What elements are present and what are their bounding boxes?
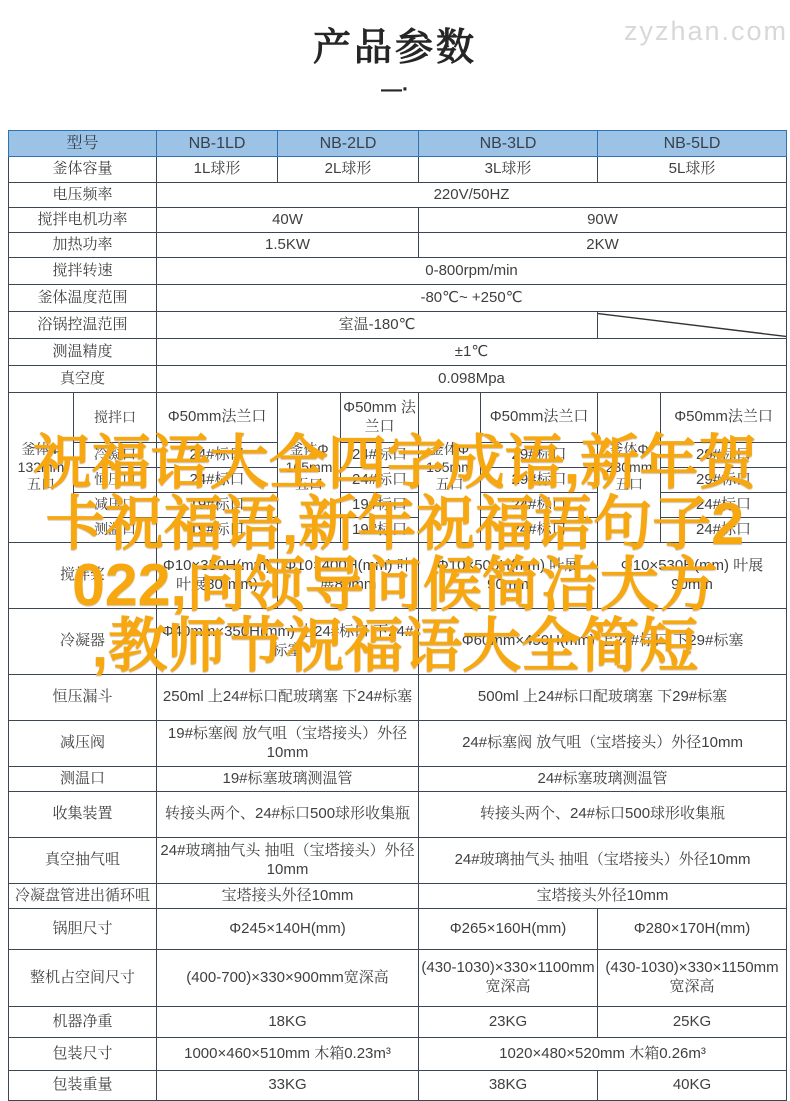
port-label-condenser: 冷凝口	[74, 443, 157, 468]
cell-vacuum-port-m4: 24#标口	[661, 493, 787, 518]
table-row: 真空抽气咀 24#玻璃抽气头 抽咀（宝塔接头）外径10mm 24#玻璃抽气头 抽…	[9, 838, 787, 884]
cell-condenser-right: Φ60mm×450H(mm) 上24#标口 下29#标塞	[419, 609, 787, 675]
table-row: 冷凝盘管进出循环咀 宝塔接头外径10mm 宝塔接头外径10mm	[9, 884, 787, 909]
table-row: 收集装置 转接头两个、24#标口500球形收集瓶 转接头两个、24#标口500球…	[9, 792, 787, 838]
model-nb1ld: NB-1LD	[157, 131, 278, 157]
row-label-pressure-funnel: 恒压漏斗	[9, 675, 157, 721]
cell-kettle-temp-range: -80℃~ +250℃	[157, 285, 787, 312]
table-row: 测温精度 ±1℃	[9, 339, 787, 366]
cell-stir-port-m4: Φ50mm法兰口	[661, 393, 787, 443]
kettle-spec-nb5ld: 釜体Φ 230mm 五口	[598, 393, 661, 543]
table-row: 减压阀 19#标塞阀 放气咀（宝塔接头）外径10mm 24#标塞阀 放气咀（宝塔…	[9, 721, 787, 767]
row-label-stir-paddle: 搅拌桨	[9, 543, 157, 609]
row-label-coil-nozzle: 冷凝盘管进出循环咀	[9, 884, 157, 909]
row-label-collector: 收集装置	[9, 792, 157, 838]
kettle-port-count: 五口	[421, 476, 478, 494]
cell-net-weight-v1: 18KG	[157, 1007, 419, 1038]
cell-pressure-port-m4: 29#标口	[661, 468, 787, 493]
kettle-dia-value: 165mm	[280, 459, 338, 477]
cell-motor-power-left: 40W	[157, 208, 419, 233]
row-label-motor-power: 搅拌电机功率	[9, 208, 157, 233]
table-row: 冷凝口 24#标口 24#标口 29#标口 29#标口	[9, 443, 787, 468]
row-label-temp-accuracy: 测温精度	[9, 339, 157, 366]
table-row: 机器净重 18KG 23KG 25KG	[9, 1007, 787, 1038]
cell-package-weight-v1: 33KG	[157, 1071, 419, 1101]
table-row: 搅拌转速 0-800rpm/min	[9, 258, 787, 285]
table-row: 加热功率 1.5KW 2KW	[9, 233, 787, 258]
cell-capacity-m2: 2L球形	[278, 157, 419, 183]
site-watermark: zyzhan.com	[624, 16, 788, 47]
table-row: 整机占空间尺寸 (400-700)×330×900mm宽深高 (430-1030…	[9, 950, 787, 1007]
cell-stir-port-m2: Φ50mm 法兰口	[341, 393, 419, 443]
cell-condenser-port-m3: 29#标口	[481, 443, 598, 468]
cell-package-size-right: 1020×480×520mm 木箱0.26m³	[419, 1038, 787, 1071]
cell-heating-power-right: 2KW	[419, 233, 787, 258]
cell-thermo-port-m3: 24#标口	[481, 518, 598, 543]
cell-thermo-port-m1: 19#标口	[157, 518, 278, 543]
table-row: 真空度 0.098Mpa	[9, 366, 787, 393]
row-label-bath-temp-range: 浴锅控温范围	[9, 312, 157, 339]
row-label-vacuum-degree: 真空度	[9, 366, 157, 393]
cell-thermo-port-left: 19#标塞玻璃测温管	[157, 767, 419, 792]
cell-pot-size-v2: Φ265×160H(mm)	[419, 909, 598, 950]
cell-heating-power-left: 1.5KW	[157, 233, 419, 258]
port-label-vacuum: 减压口	[74, 493, 157, 518]
cell-pot-size-v3: Φ280×170H(mm)	[598, 909, 787, 950]
cell-pot-size-v1: Φ245×140H(mm)	[157, 909, 419, 950]
table-row: 测温口 19#标塞玻璃测温管 24#标塞玻璃测温管	[9, 767, 787, 792]
table-row: 锅胆尺寸 Φ245×140H(mm) Φ265×160H(mm) Φ280×17…	[9, 909, 787, 950]
cell-relief-valve-left: 19#标塞阀 放气咀（宝塔接头）外径10mm	[157, 721, 419, 767]
table-row: 型号 NB-1LD NB-2LD NB-3LD NB-5LD	[9, 131, 787, 157]
cell-capacity-m1: 1L球形	[157, 157, 278, 183]
cell-condenser-left: Φ40mm×350H(mm) 上24#标口 下24#标塞	[157, 609, 419, 675]
table-row: 釜体容量 1L球形 2L球形 3L球形 5L球形	[9, 157, 787, 183]
model-nb3ld: NB-3LD	[419, 131, 598, 157]
kettle-dia-value: 195mm	[421, 459, 478, 477]
table-row: 釜体Φ 132mm 五口 搅拌口 Φ50mm法兰口 釜体Φ 165mm 五口 Φ…	[9, 393, 787, 443]
cell-stir-paddle-m4: Φ10×530H(mm) 叶展90mm	[598, 543, 787, 609]
kettle-dia-label: 釜体Φ	[421, 441, 478, 459]
cell-pressure-port-m1: 24#标口	[157, 468, 278, 493]
kettle-dia-value: 132mm	[11, 459, 71, 477]
cell-stir-speed: 0-800rpm/min	[157, 258, 787, 285]
cell-capacity-m3: 3L球形	[419, 157, 598, 183]
cell-pressure-port-m2: 24#标口	[341, 468, 419, 493]
kettle-dia-label: 釜体Φ	[280, 441, 338, 459]
row-label-thermo-port: 测温口	[9, 767, 157, 792]
cell-stir-port-m3: Φ50mm法兰口	[481, 393, 598, 443]
cell-vacuum-degree: 0.098Mpa	[157, 366, 787, 393]
cell-voltage: 220V/50HZ	[157, 183, 787, 208]
table-row: 包装重量 33KG 38KG 40KG	[9, 1071, 787, 1101]
cell-motor-power-right: 90W	[419, 208, 787, 233]
cell-condenser-port-m1: 24#标口	[157, 443, 278, 468]
table-row: 恒压漏斗 250ml 上24#标口配玻璃塞 下24#标塞 500ml 上24#标…	[9, 675, 787, 721]
cell-pressure-port-m3: 29#标口	[481, 468, 598, 493]
table-row: 包装尺寸 1000×460×510mm 木箱0.23m³ 1020×480×52…	[9, 1038, 787, 1071]
title-dash-ornament: —·	[0, 78, 790, 102]
cell-vacuum-port-m1: 19#标口	[157, 493, 278, 518]
cell-package-weight-v3: 40KG	[598, 1071, 787, 1101]
product-spec-table: 型号 NB-1LD NB-2LD NB-3LD NB-5LD 釜体容量 1L球形…	[8, 130, 787, 1101]
kettle-port-count: 五口	[11, 476, 71, 494]
table-row: 搅拌电机功率 40W 90W	[9, 208, 787, 233]
cell-bath-temp-na-diagonal	[598, 312, 787, 339]
diagonal-strike-line	[598, 312, 786, 338]
cell-collector-left: 转接头两个、24#标口500球形收集瓶	[157, 792, 419, 838]
table-row: 电压频率 220V/50HZ	[9, 183, 787, 208]
cell-net-weight-v2: 23KG	[419, 1007, 598, 1038]
port-label-thermo: 测温口	[74, 518, 157, 543]
cell-machine-size-v2: (430-1030)×330×1100mm宽深高	[419, 950, 598, 1007]
cell-vacuum-port-m2: 19#标口	[341, 493, 419, 518]
cell-vacuum-port-m3: 24#标口	[481, 493, 598, 518]
cell-stir-paddle-m3: Φ10×500H(mm) 叶展90mm	[419, 543, 598, 609]
row-label-model: 型号	[9, 131, 157, 157]
row-label-vacuum-nozzle: 真空抽气咀	[9, 838, 157, 884]
row-label-heating-power: 加热功率	[9, 233, 157, 258]
port-label-stir: 搅拌口	[74, 393, 157, 443]
row-label-capacity: 釜体容量	[9, 157, 157, 183]
cell-relief-valve-right: 24#标塞阀 放气咀（宝塔接头）外径10mm	[419, 721, 787, 767]
cell-net-weight-v3: 25KG	[598, 1007, 787, 1038]
cell-bath-temp-range: 室温-180℃	[157, 312, 598, 339]
model-nb2ld: NB-2LD	[278, 131, 419, 157]
cell-condenser-port-m4: 29#标口	[661, 443, 787, 468]
cell-package-size-left: 1000×460×510mm 木箱0.23m³	[157, 1038, 419, 1071]
cell-vacuum-nozzle-left: 24#玻璃抽气头 抽咀（宝塔接头）外径10mm	[157, 838, 419, 884]
cell-coil-nozzle-right: 宝塔接头外径10mm	[419, 884, 787, 909]
port-label-pressure: 恒压口	[74, 468, 157, 493]
row-label-pot-size: 锅胆尺寸	[9, 909, 157, 950]
cell-collector-right: 转接头两个、24#标口500球形收集瓶	[419, 792, 787, 838]
cell-machine-size-v3: (430-1030)×330×1150mm宽深高	[598, 950, 787, 1007]
table-row: 测温口 19#标口 19#标口 24#标口 24#标口	[9, 518, 787, 543]
kettle-dia-value: 230mm	[600, 459, 658, 477]
cell-vacuum-nozzle-right: 24#玻璃抽气头 抽咀（宝塔接头）外径10mm	[419, 838, 787, 884]
cell-capacity-m4: 5L球形	[598, 157, 787, 183]
row-label-kettle-temp-range: 釜体温度范围	[9, 285, 157, 312]
table-row: 釜体温度范围 -80℃~ +250℃	[9, 285, 787, 312]
row-label-stir-speed: 搅拌转速	[9, 258, 157, 285]
kettle-spec-nb1ld: 釜体Φ 132mm 五口	[9, 393, 74, 543]
cell-coil-nozzle-left: 宝塔接头外径10mm	[157, 884, 419, 909]
kettle-port-count: 五口	[280, 476, 338, 494]
row-label-condenser-unit: 冷凝器	[9, 609, 157, 675]
row-label-net-weight: 机器净重	[9, 1007, 157, 1038]
table-row: 冷凝器 Φ40mm×350H(mm) 上24#标口 下24#标塞 Φ60mm×4…	[9, 609, 787, 675]
cell-stir-paddle-m2: Φ10×400H(mm) 叶展80mm	[278, 543, 419, 609]
kettle-port-count: 五口	[600, 476, 658, 494]
cell-stir-paddle-m1: Φ10×350H(mm) 叶展80(mm)	[157, 543, 278, 609]
model-nb5ld: NB-5LD	[598, 131, 787, 157]
row-label-package-weight: 包装重量	[9, 1071, 157, 1101]
cell-pressure-funnel-left: 250ml 上24#标口配玻璃塞 下24#标塞	[157, 675, 419, 721]
table-row: 减压口 19#标口 19#标口 24#标口 24#标口	[9, 493, 787, 518]
row-label-machine-size: 整机占空间尺寸	[9, 950, 157, 1007]
cell-temp-accuracy: ±1℃	[157, 339, 787, 366]
table-row: 搅拌桨 Φ10×350H(mm) 叶展80(mm) Φ10×400H(mm) 叶…	[9, 543, 787, 609]
kettle-dia-label: 釜体Φ	[600, 441, 658, 459]
cell-condenser-port-m2: 24#标口	[341, 443, 419, 468]
cell-stir-port-m1: Φ50mm法兰口	[157, 393, 278, 443]
kettle-spec-nb2ld: 釜体Φ 165mm 五口	[278, 393, 341, 543]
cell-thermo-port-right: 24#标塞玻璃测温管	[419, 767, 787, 792]
cell-machine-size-v1: (400-700)×330×900mm宽深高	[157, 950, 419, 1007]
cell-thermo-port-m4: 24#标口	[661, 518, 787, 543]
kettle-spec-nb3ld: 釜体Φ 195mm 五口	[419, 393, 481, 543]
cell-thermo-port-m2: 19#标口	[341, 518, 419, 543]
table-row: 浴锅控温范围 室温-180℃	[9, 312, 787, 339]
row-label-voltage: 电压频率	[9, 183, 157, 208]
cell-package-weight-v2: 38KG	[419, 1071, 598, 1101]
cell-pressure-funnel-right: 500ml 上24#标口配玻璃塞 下29#标塞	[419, 675, 787, 721]
row-label-package-size: 包装尺寸	[9, 1038, 157, 1071]
kettle-dia-label: 釜体Φ	[11, 441, 71, 459]
row-label-relief-valve: 减压阀	[9, 721, 157, 767]
table-row: 恒压口 24#标口 24#标口 29#标口 29#标口	[9, 468, 787, 493]
